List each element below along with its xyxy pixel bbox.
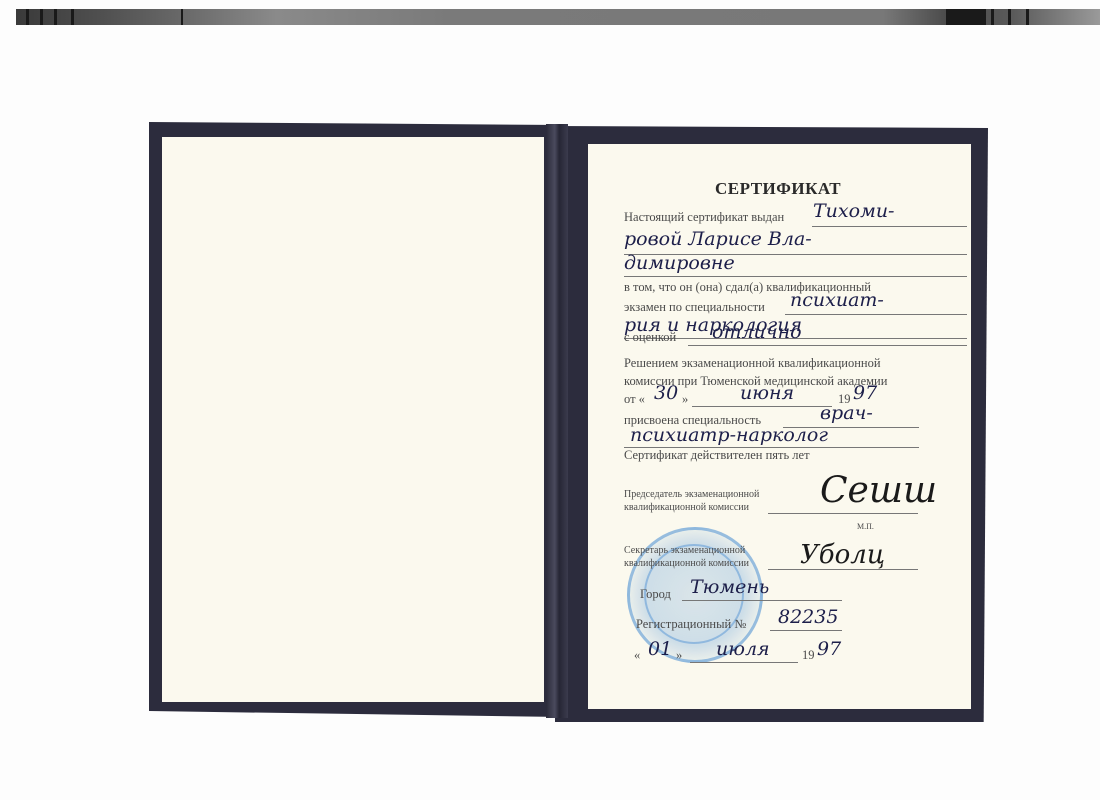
decision-date-prefix: от « — [624, 392, 645, 407]
city-value: Тюмень — [690, 576, 769, 598]
assigned-line2: психиатр-нарколог — [630, 424, 828, 446]
issue-month: июля — [716, 638, 770, 660]
decision-month: июня — [740, 382, 794, 404]
issue-year-prefix: 19 — [802, 648, 815, 663]
stamp-place-label: М.П. — [857, 522, 874, 531]
issue-day: 01 — [648, 638, 672, 660]
left-page-blank — [162, 137, 544, 702]
issue-year-suffix: 97 — [817, 638, 841, 660]
issued-to-name-line3: димировне — [624, 252, 735, 274]
issued-to-name-line1: Тихоми- — [813, 200, 894, 222]
chairman-signature: Сeшш — [820, 470, 937, 511]
specialty-label: экзамен по специальности — [624, 300, 765, 315]
scanner-edge-strip — [16, 9, 1100, 25]
validity-text: Сертификат действителен пять лет — [624, 448, 810, 463]
secretary-label-line2: квалификационной комиссии — [624, 558, 749, 569]
city-label: Город — [640, 587, 671, 602]
specialty-line1: психиат- — [790, 289, 884, 311]
reg-label: Регистрационный № — [636, 617, 746, 632]
chairman-label-line1: Председатель экзаменационной — [624, 489, 759, 500]
issue-day-open: « — [634, 648, 640, 663]
decision-line1: Решением экзаменационной квалификационно… — [624, 356, 881, 371]
issued-to-name-line2: ровой Ларисе Вла- — [624, 228, 812, 250]
grade-value: отлично — [712, 321, 802, 343]
decision-year-suffix: 97 — [853, 382, 877, 404]
assigned-line1: врач- — [820, 402, 873, 424]
secretary-label-line1: Секретарь экзаменационной — [624, 545, 745, 556]
issued-to-label: Настоящий сертификат выдан — [624, 210, 784, 225]
secretary-signature: Уболц — [800, 540, 885, 570]
chairman-label-line2: квалификационной комиссии — [624, 502, 749, 513]
certificate-title: СЕРТИФИКАТ — [715, 179, 841, 199]
folder-spine — [546, 124, 568, 718]
issue-day-close: » — [676, 648, 682, 663]
decision-day-close: » — [682, 392, 688, 407]
decision-day: 30 — [654, 382, 678, 404]
reg-number: 82235 — [778, 606, 838, 628]
grade-label: с оценкой — [624, 330, 676, 345]
